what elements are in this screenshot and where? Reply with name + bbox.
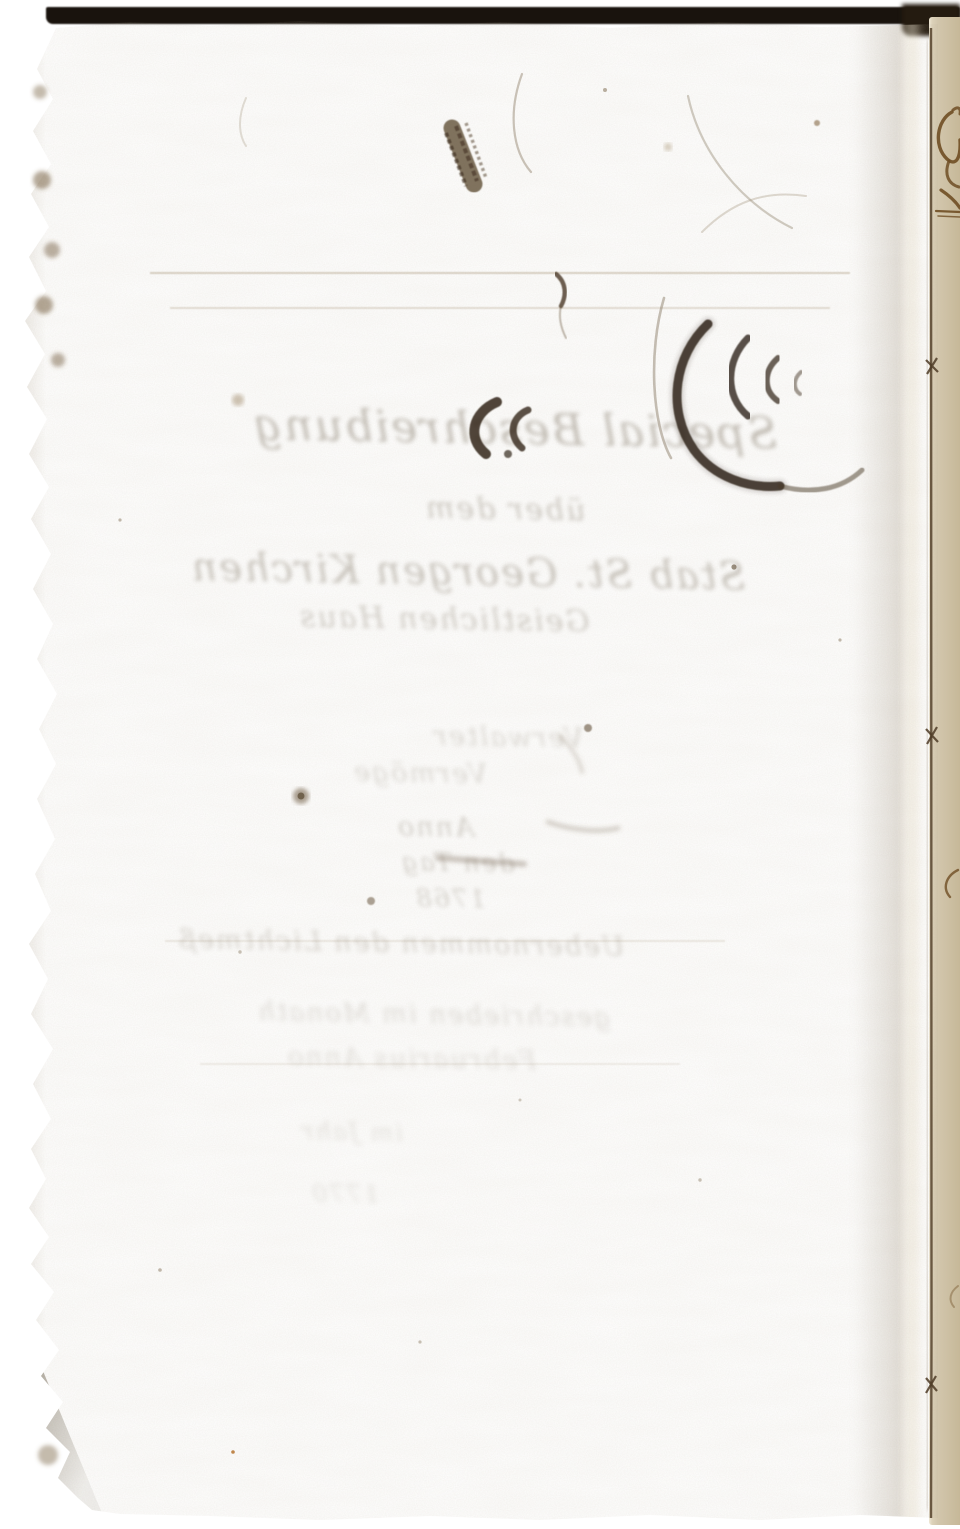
manuscript-scan: Special Beschreibung über dem Stab St. G…: [0, 0, 960, 1529]
ghost-line: 1768: [414, 883, 486, 913]
ghost-line: Vermöge: [352, 757, 488, 790]
ghost-line: Verwalter: [432, 721, 584, 755]
ghost-line: Special Beschreibung: [252, 399, 778, 459]
ghost-line: im Jahr: [300, 1117, 403, 1147]
ghost-line: Geistlichen Haus: [298, 599, 590, 639]
ghost-line: Februarius Anno: [286, 1042, 537, 1076]
ghost-line: geschrieben im Monath: [256, 997, 611, 1033]
ghost-line: 1770: [310, 1179, 380, 1208]
ghost-line: Anno: [396, 811, 475, 843]
binding-gap-shadow: [46, 7, 960, 24]
ghost-line: den Tag: [400, 847, 515, 878]
torn-edge-stain: [0, 0, 46, 1529]
manuscript-page: Special Beschreibung über dem Stab St. G…: [0, 0, 938, 1529]
ghost-line: über dem: [424, 491, 586, 529]
